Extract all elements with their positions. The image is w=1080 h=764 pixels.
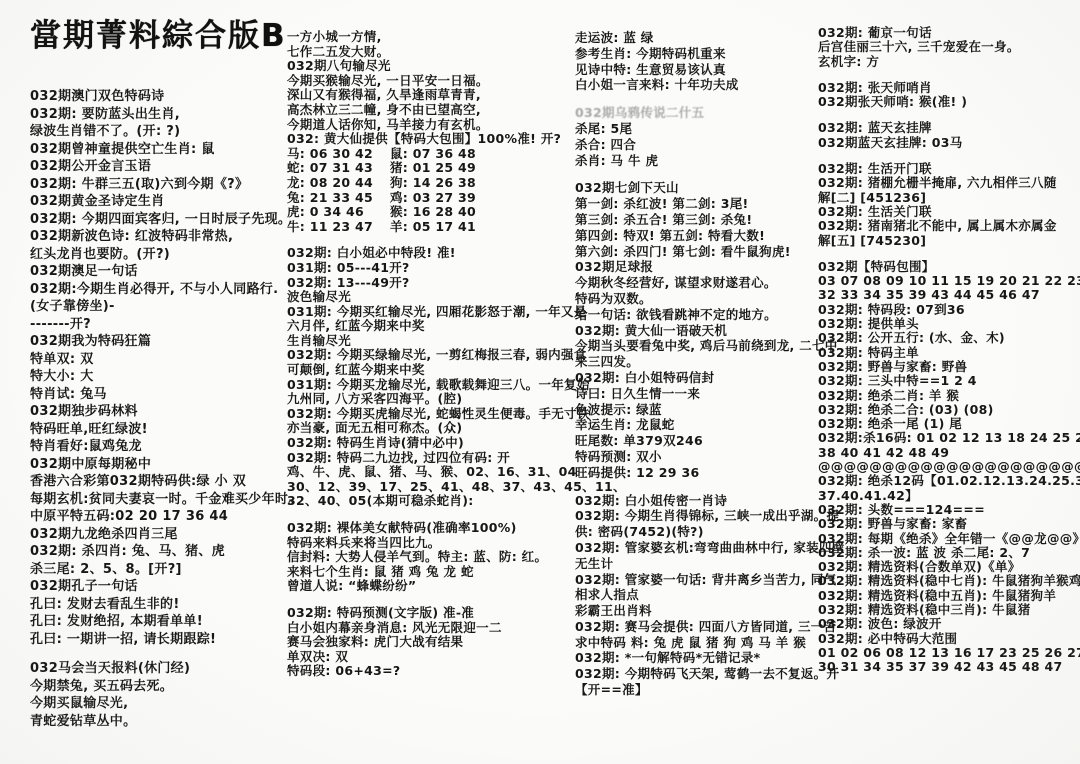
text-line: 绿波生肖错不了。(开: ?) bbox=[30, 123, 290, 141]
zodiac-cell-right: 狗: 14 26 38 bbox=[390, 175, 476, 190]
text-column-2: 一方小城一方情,七作二五发大财。032期八句输尽光今期买猴输尽光, 一日平安一日… bbox=[287, 30, 549, 679]
text-column-4: 032期: 葡京一句话后宫佳丽三十六, 三千宠爱在一身。玄机字: 方032期: … bbox=[818, 26, 1080, 674]
text-line: 37.40.41.42】 bbox=[818, 489, 1080, 503]
text-line: 032期中原每期秘中 bbox=[30, 456, 290, 474]
text-line: 03 07 08 09 10 11 15 19 20 21 22 23 27 3… bbox=[818, 274, 1080, 288]
zodiac-cell-right: 鼠: 07 36 48 bbox=[390, 146, 476, 161]
text-line: 今期当头要看兔中奖, 鸡后马前绕到龙, 二七中 bbox=[575, 338, 815, 354]
text-line: 杀三尾: 2、5、8。[开?] bbox=[30, 561, 290, 579]
text-line: 30、12、39、17、25、41、48、37、43、45、11、 bbox=[287, 480, 549, 495]
page-title: 當期菁料綜合版B bbox=[30, 28, 290, 74]
text-line: 032期: 特码主单 bbox=[818, 346, 1080, 360]
text-line: 032期: 裸体美女献特码(准确率100%) bbox=[287, 521, 549, 536]
text-line: 第四剑: 特双! 第五剑: 特看大数! bbox=[575, 228, 815, 244]
text-line: 032期: 精选资料(稳中五肖): 牛鼠猪狗羊 bbox=[818, 589, 1080, 603]
text-line: 032期: 管家婆一句话: 背井离乡当苦力, 同气 bbox=[575, 572, 815, 588]
text-line: 第六剑: 杀四门! 第七剑: 看牛鼠狗虎! bbox=[575, 244, 815, 260]
text-line: 032期: 绝杀一尾 (1) 尾 bbox=[818, 417, 1080, 431]
text-line: 01 02 06 08 12 13 16 17 23 25 26 27 28 bbox=[818, 646, 1080, 660]
text-line: 玄机字: 方 bbox=[818, 55, 1080, 69]
text-line: 032期张天师哨: 猴(准! ) bbox=[818, 95, 1080, 109]
text-line: 今期禁兔, 买五码去死。 bbox=[30, 678, 290, 696]
spacer bbox=[575, 481, 815, 493]
text-line: 曾道人说: “蜂蝶纷纷” bbox=[287, 579, 549, 594]
text-line: 特码为双数。 bbox=[575, 291, 815, 307]
text-line: 参考生肖: 今期特码机重来 bbox=[575, 46, 815, 62]
text-line: 032期: 生活关门联 bbox=[818, 205, 1080, 219]
text-line: 解[五] [745230] bbox=[818, 234, 1080, 248]
text-line: (女子靠傍坐)- bbox=[30, 298, 290, 316]
text-line: 相求人指点 bbox=[575, 587, 815, 603]
text-line: 032期蓝天玄挂牌: 03马 bbox=[818, 136, 1080, 150]
text-line: 特肖试: 兔马 bbox=[30, 386, 290, 404]
text-line: 30 31 34 35 37 39 42 43 45 48 47 bbox=[818, 660, 1080, 674]
text-line: 幸运生肖: 龙鼠蛇 bbox=[575, 417, 815, 433]
text-line: 032期曾神童提供空亡生肖: 鼠 bbox=[30, 141, 290, 159]
text-line: 032期: 今期特码飞天架, 莺鹤一去不复返。开 bbox=[575, 666, 815, 682]
text-line: 031期: 今期买龙输尽光, 载歌载舞迎三八。一年复始 bbox=[287, 378, 549, 393]
text-line: 诗曰: 日久生情一一来 bbox=[575, 386, 815, 402]
text-line: 信封料: 大势人侵羊气到。特主: 蓝、防: 红。 bbox=[287, 550, 549, 565]
text-line: 032期足球报 bbox=[575, 259, 815, 275]
text-line: 特单双: 双 bbox=[30, 351, 290, 369]
text-line: 032期: 绝杀12码【01.02.12.13.24.25.30.36 bbox=[818, 474, 1080, 488]
text-column-1: 當期菁料綜合版B032期澳门双色特码诗032期: 要防蓝头出生肖,绿波生肖错不了… bbox=[30, 28, 290, 730]
text-line: 032期七剑下天山 bbox=[575, 180, 815, 196]
spacer bbox=[575, 93, 815, 105]
zodiac-cell-left: 龙: 08 20 44 bbox=[287, 176, 390, 191]
text-line: 032期: *一句解特码*无错记录* bbox=[575, 650, 815, 666]
text-line: 求中特码 料: 兔 虎 鼠 猪 狗 鸡 马 羊 猴 bbox=[575, 635, 815, 651]
text-line: 032期: 管家婆玄机:弯弯曲曲林中行, 家装四壁 bbox=[575, 540, 815, 556]
text-line: 供: 密码(7452)(特?) bbox=[575, 524, 815, 540]
text-line: 032期: 野兽与家畜: 野兽 bbox=[818, 360, 1080, 374]
text-line: 鸡、牛、虎、鼠、猪、马、猴、02、16、31、04 bbox=[287, 465, 549, 480]
text-line: 032期: 今期买绿输尽光, 一剪红梅报三春, 弱内强食 bbox=[287, 348, 549, 363]
text-line: 杀尾: 5尾 bbox=[575, 121, 815, 137]
text-line: 见诗中特: 生意贸易该认真 bbox=[575, 62, 815, 78]
text-line: 一方小城一方情, bbox=[287, 30, 549, 45]
text-line: 深山又有猴得福, 久旱逢雨草青青, bbox=[287, 88, 549, 103]
text-line: 香港六合彩第032期特码供:绿 小 双 bbox=[30, 473, 290, 491]
text-line: 032期新波色诗: 红波特码非常热, bbox=[30, 228, 290, 246]
text-line: 032期: 赛马会提供: 四面八方皆同道, 三一苦 bbox=[575, 619, 815, 635]
text-line: 032期八句输尽光 bbox=[287, 59, 549, 74]
text-line: 特码来料兵来将当四比九。 bbox=[287, 536, 549, 551]
text-line: 032期: 提供单头 bbox=[818, 317, 1080, 331]
text-line: 032期: 杀四肖: 兔、马、猪、虎 bbox=[30, 543, 290, 561]
text-line: 特码段: 06+43=? bbox=[287, 664, 549, 679]
text-line: 彩霸王出肖料 bbox=[575, 603, 815, 619]
text-line: 九州同, 八方采客四海平。(腔) bbox=[287, 392, 549, 407]
text-line: 032期: 白小姐必中特段! 准! bbox=[287, 246, 549, 261]
text-line: 32 33 34 35 39 43 44 45 46 47 bbox=[818, 288, 1080, 302]
text-line: 032期:杀16码: 01 02 12 13 18 24 25 29 30 36… bbox=[818, 431, 1080, 445]
text-line: 特大小: 大 bbox=[30, 368, 290, 386]
text-line: 031期: 今期买红输尽光, 四厢花影怒于潮, 一年又是 bbox=[287, 305, 549, 320]
text-line: 杀合: 四合 bbox=[575, 137, 815, 153]
text-line: 032期: 今期生肖得锦标, 三峡一成出乎湖。提 bbox=[575, 508, 815, 524]
text-line: 032期公开金言玉语 bbox=[30, 158, 290, 176]
text-line: 032期: 精选资料(稳中七肖): 牛鼠猪狗羊猴鸡 bbox=[818, 574, 1080, 588]
zodiac-cell-left: 虎: 0 34 46 bbox=[287, 205, 390, 220]
text-line: 青蛇爱钻草丛中。 bbox=[30, 713, 290, 731]
text-line: 每期玄机:贫同夫妻哀一时。千金难买少年时。 bbox=[30, 491, 290, 509]
zodiac-number-row: 龙: 08 20 44狗: 14 26 38 bbox=[287, 176, 549, 191]
zodiac-cell-right: 猪: 01 25 49 bbox=[390, 160, 476, 175]
text-line: 解[二] [451236] bbox=[818, 191, 1080, 205]
zodiac-cell-right: 羊: 05 17 41 bbox=[390, 219, 476, 234]
text-line: 白小姐内幕亲身消息: 风光无限迎一二 bbox=[287, 621, 549, 636]
text-line: 特码旺单,旺红绿波! bbox=[30, 421, 290, 439]
text-line: 七作二五发大财。 bbox=[287, 45, 549, 60]
text-line: 032期: 张天师哨肖 bbox=[818, 81, 1080, 95]
spacer bbox=[30, 648, 290, 660]
text-line: 来三四发。 bbox=[575, 354, 815, 370]
zodiac-number-row: 马: 06 30 42鼠: 07 36 48 bbox=[287, 147, 549, 162]
text-line: 032期孔子一句话 bbox=[30, 578, 290, 596]
text-line: 今期秋冬经营好, 谋望求财遂君心。 bbox=[575, 275, 815, 291]
text-line: 032期: 生活开门联 bbox=[818, 162, 1080, 176]
text-line: 032期: 每期《绝杀》全年错一《@@龙@@》 bbox=[818, 532, 1080, 546]
text-line: 波色输尽光 bbox=[287, 290, 549, 305]
zodiac-cell-left: 兔: 21 33 45 bbox=[287, 191, 390, 206]
text-line: 无生计 bbox=[575, 556, 815, 572]
text-line: 032期:今期生肖必得开, 不与小人同路行. bbox=[30, 281, 290, 299]
text-line: 032期: 杀一波: 蓝 波 杀二尾: 2、7 bbox=[818, 546, 1080, 560]
text-line: 中原平特五码:02 20 17 36 44 bbox=[30, 508, 290, 526]
text-line: 032期: 精选资料(合数单双)《单》 bbox=[818, 560, 1080, 574]
text-line: 亦当豪, 面无五相可称杰。(众) bbox=[287, 421, 549, 436]
text-line: 032期九龙绝杀四肖三尾 bbox=[30, 526, 290, 544]
text-line: 第一剑: 杀红波! 第二剑: 3尾! bbox=[575, 196, 815, 212]
text-line: 032期: 公开五行: (水、金、木) bbox=[818, 331, 1080, 345]
text-line: 给一句话: 欲钱看跳神不定的地方。 bbox=[575, 307, 815, 323]
zodiac-number-row: 牛: 11 23 47羊: 05 17 41 bbox=[287, 220, 549, 235]
text-line: 单双决: 双 bbox=[287, 650, 549, 665]
text-line: 032期: 精选资料(稳中三肖): 牛鼠猪 bbox=[818, 603, 1080, 617]
text-line: 赛马会独家料: 虎门大战有结果 bbox=[287, 635, 549, 650]
text-line: 可颠倒, 红蓝今期来中奖 bbox=[287, 363, 549, 378]
zodiac-cell-left: 牛: 11 23 47 bbox=[287, 220, 390, 235]
text-line: 38 40 41 42 48 49 bbox=[818, 446, 1080, 460]
text-line: 032马会当天报料(休门经) bbox=[30, 660, 290, 678]
text-line: 032期: 白小姐特码信封 bbox=[575, 370, 815, 386]
text-line: 032期澳门双色特码诗 bbox=[30, 88, 290, 106]
text-line: 孔曰: 发财去看乱生非的! bbox=[30, 596, 290, 614]
text-line: 032期: 猪南猪北不能中, 属上属木亦属金 bbox=[818, 219, 1080, 233]
text-line: 旺尾数: 单379双246 bbox=[575, 433, 815, 449]
text-line: -------开? bbox=[30, 316, 290, 334]
text-line: @@@@@@@@@@@@@@@@@@@@@@ bbox=[818, 460, 1080, 474]
text-line: 走运波: 蓝 绿 bbox=[575, 30, 815, 46]
zodiac-cell-left: 马: 06 30 42 bbox=[287, 147, 390, 162]
text-line: 六月伴, 红蓝今期来中奖 bbox=[287, 319, 549, 334]
text-line: 032期: 必中特码大范围 bbox=[818, 632, 1080, 646]
text-line: 032期: 野兽与家畜: 家畜 bbox=[818, 517, 1080, 531]
text-line: 032期【特码包围】 bbox=[818, 260, 1080, 274]
text-line: 032期: 特码二九边找, 过四位有码: 开 bbox=[287, 451, 549, 466]
text-line: 032期: 绝杀二合: (03) (08) bbox=[818, 403, 1080, 417]
zodiac-cell-left: 蛇: 07 31 43 bbox=[287, 161, 390, 176]
text-line: 032期: 绝杀二肖: 羊 猴 bbox=[818, 389, 1080, 403]
text-line: 【开==准】 bbox=[575, 682, 815, 698]
zodiac-number-row: 兔: 21 33 45鸡: 03 27 39 bbox=[287, 191, 549, 206]
text-line: 高杰林立三二幢, 身不由已望高空, bbox=[287, 103, 549, 118]
text-line: 032期澳足一句话 bbox=[30, 263, 290, 281]
zodiac-number-row: 虎: 0 34 46猴: 16 28 40 bbox=[287, 205, 549, 220]
text-line: 今期买鼠输尽光, bbox=[30, 695, 290, 713]
text-line: 第三剑: 杀五合! 第三剑: 杀兔! bbox=[575, 212, 815, 228]
text-line: 来料七个生肖: 鼠 猪 鸡 兔 龙 蛇 bbox=[287, 565, 549, 580]
text-line: 032期: 蓝天玄挂牌 bbox=[818, 121, 1080, 135]
text-line: 032期: 今期四面宾客归, 一日时辰子先现。 bbox=[30, 211, 290, 229]
text-line: 032期: 白小姐传密一肖诗 bbox=[575, 493, 815, 509]
text-line: 特码预测: 双小 bbox=[575, 449, 815, 465]
text-line: 032期: 黄大仙一语破天机 bbox=[575, 323, 815, 339]
text-line: 生肖输尽光 bbox=[287, 334, 549, 349]
text-line: 色波提示: 绿蓝 bbox=[575, 402, 815, 418]
text-line: 032期: 特码预测(文字版) 准-准 bbox=[287, 606, 549, 621]
text-line: 白小姐一言来料: 十年功夫成 bbox=[575, 77, 815, 93]
text-line: 032期: 头数===124=== bbox=[818, 503, 1080, 517]
text-line: 032期: 要防蓝头出生肖, bbox=[30, 106, 290, 124]
zodiac-cell-right: 鸡: 03 27 39 bbox=[390, 190, 476, 205]
text-line: 032期黄金圣诗定生肖 bbox=[30, 193, 290, 211]
text-line: 032: 黄大仙提供【特码大包围】100%准! 开? bbox=[287, 132, 549, 147]
text-line: 032期: 特码生肖诗(猜中必中) bbox=[287, 436, 549, 451]
document-page: 當期菁料綜合版B032期澳门双色特码诗032期: 要防蓝头出生肖,绿波生肖错不了… bbox=[0, 0, 1080, 764]
text-line: 031期: 05---41开? bbox=[287, 261, 549, 276]
text-line: 032期: 特码段: 07到36 bbox=[818, 303, 1080, 317]
text-line: 032期: 13---49开? bbox=[287, 276, 549, 291]
text-line: 032期: 三头中特==1 2 4 bbox=[818, 374, 1080, 388]
text-line: 032期: 牛群三五(取)六到今期《?》 bbox=[30, 176, 290, 194]
text-line: 032期乌鸦传说二什五 bbox=[575, 105, 815, 121]
zodiac-cell-right: 猴: 16 28 40 bbox=[390, 204, 476, 219]
text-line: 孔曰: 一期讲一招, 请长期跟踪! bbox=[30, 631, 290, 649]
text-line: 特肖看好:鼠鸡兔龙 bbox=[30, 438, 290, 456]
text-line: 032期: 猪棚允栅半掩扉, 六九相伴三八随 bbox=[818, 176, 1080, 190]
text-line: 032期我为特码狂篇 bbox=[30, 333, 290, 351]
text-line: 旺码提供: 12 29 36 bbox=[575, 465, 815, 481]
text-line: 今期道人话你知, 马羊接力有玄机。 bbox=[287, 118, 549, 133]
text-line: 后宫佳丽三十六, 三千宠爱在一身。 bbox=[818, 40, 1080, 54]
text-line: 032期: 葡京一句话 bbox=[818, 26, 1080, 40]
text-line: 杀肖: 马 牛 虎 bbox=[575, 153, 815, 169]
text-line: 032期: 今期买虎输尽光, 蛇蝎性灵生便毒。手无寸铁 bbox=[287, 407, 549, 422]
text-line: 红头龙肖也要防。(开?) bbox=[30, 246, 290, 264]
text-line: 孔曰: 发财绝招, 本期看单单! bbox=[30, 613, 290, 631]
zodiac-number-row: 蛇: 07 31 43猪: 01 25 49 bbox=[287, 161, 549, 176]
text-line: 32、40、05(本期可稳杀蛇肖): bbox=[287, 494, 549, 509]
text-line: 今期买猴输尽光, 一日平安一日福。 bbox=[287, 74, 549, 89]
text-line: 032期: 波色: 绿波开 bbox=[818, 617, 1080, 631]
text-column-3: 走运波: 蓝 绿参考生肖: 今期特码机重来见诗中特: 生意贸易该认真白小姐一言来… bbox=[575, 30, 815, 698]
spacer bbox=[575, 168, 815, 180]
text-line: 032期独步码林料 bbox=[30, 403, 290, 421]
